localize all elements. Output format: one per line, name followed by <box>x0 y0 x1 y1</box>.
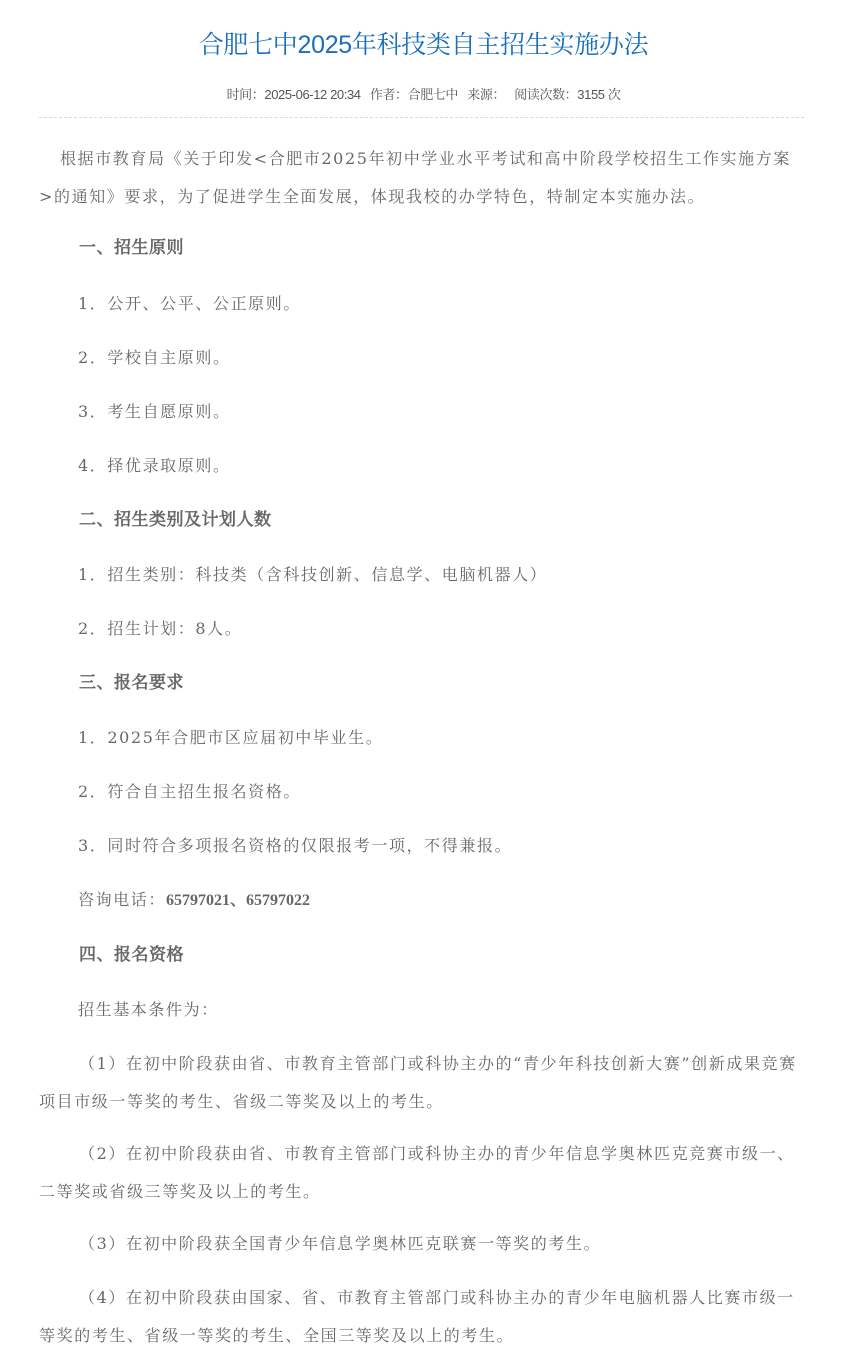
article-meta: 时间：2025-06-12 20:34 作者：合肥七中 来源： 阅读次数：315… <box>0 85 847 105</box>
list-item: 1．2025年合肥市区应届初中毕业生。 <box>78 719 847 757</box>
contact-label: 咨询电话： <box>78 890 166 909</box>
contact-phone-numbers: 65797021、65797022 <box>166 892 310 909</box>
qualification-item: （1）在初中阶段获由省、市教育主管部门或科协主办的“青少年科技创新大赛”创新成果… <box>39 1045 799 1121</box>
source: 来源： <box>467 87 505 102</box>
view-count: 阅读次数：3155 次 <box>514 87 620 102</box>
article-title: 合肥七中2025年科技类自主招生实施办法 <box>0 27 847 63</box>
section-heading-4: 四、报名资格 <box>79 936 184 974</box>
section-heading-3: 三、报名要求 <box>79 664 184 702</box>
qualification-item: （4）在初中阶段获由国家、省、市教育主管部门或科协主办的青少年电脑机器人比赛市级… <box>39 1279 799 1355</box>
qualification-item: （3）在初中阶段获全国青少年信息学奥林匹克联赛一等奖的考生。 <box>39 1225 799 1263</box>
list-item: 2．符合自主招生报名资格。 <box>78 773 847 811</box>
author: 作者：合肥七中 <box>370 87 458 102</box>
publish-time: 时间：2025-06-12 20:34 <box>227 87 361 102</box>
intro-paragraph: 根据市教育局《关于印发<合肥市2025年初中学业水平考试和高中阶段学校招生工作实… <box>39 140 799 216</box>
list-item: 2．学校自主原则。 <box>78 339 847 377</box>
section-heading-1: 一、招生原则 <box>79 229 184 267</box>
lead-text: 招生基本条件为： <box>78 991 847 1029</box>
list-item: 3．考生自愿原则。 <box>78 393 847 431</box>
qualification-item: （2）在初中阶段获由省、市教育主管部门或科协主办的青少年信息学奥林匹克竞赛市级一… <box>39 1135 799 1211</box>
contact-line: 咨询电话：65797021、65797022 <box>78 881 847 920</box>
list-item: 1．公开、公平、公正原则。 <box>78 285 847 323</box>
section-heading-2: 二、招生类别及计划人数 <box>79 501 272 539</box>
list-item: 3．同时符合多项报名资格的仅限报考一项，不得兼报。 <box>78 827 847 865</box>
list-item: 1．招生类别：科技类（含科技创新、信息学、电脑机器人） <box>78 556 847 594</box>
divider <box>39 117 804 118</box>
list-item: 2．招生计划：8人。 <box>78 610 847 648</box>
list-item: 4．择优录取原则。 <box>78 447 847 485</box>
